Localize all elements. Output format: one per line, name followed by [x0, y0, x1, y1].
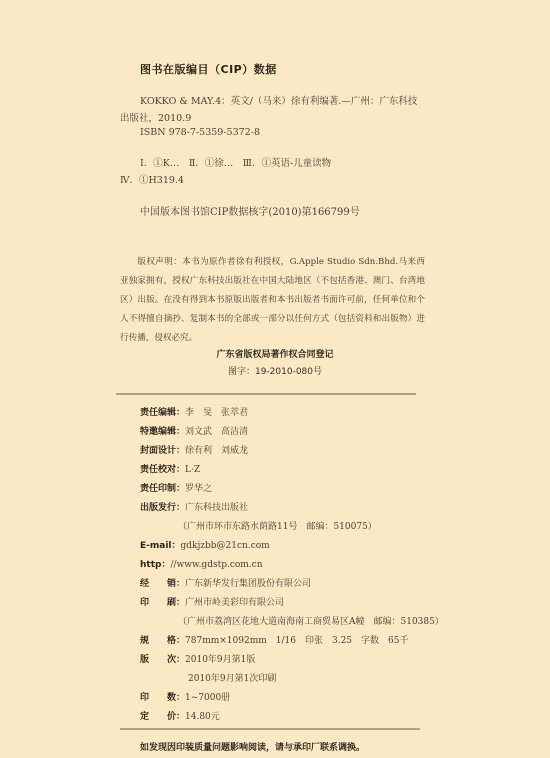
cip-isbn: ISBN 978-7-5359-5372-8 — [140, 127, 260, 138]
footer-note: 如发现因印装质量问题影响阅读，请与承印厂联系调换。 — [140, 740, 365, 753]
registration-line-2: 图字：19-2010-080号 — [0, 364, 550, 377]
credit-row: 责任编辑：李 旻 张萃君 — [140, 405, 248, 418]
registration-line-1: 广东省版权局著作权合同登记 — [0, 347, 550, 360]
cip-heading: 图书在版编目（CIP）数据 — [140, 61, 277, 77]
email-row: E-mail：gdkjzbb@21cn.com — [140, 538, 270, 551]
print-run-row: 印 数：1~7000册 — [140, 690, 230, 703]
website-link[interactable]: //www.gdstp.com.cn — [170, 560, 262, 570]
copyright-notice: 版权声明：本书为原作者徐有利授权，G.Apple Studio Sdn.Bhd.… — [120, 253, 425, 348]
price-row: 定 价：14.80元 — [140, 709, 220, 722]
copyright-notice-text: 版权声明：本书为原作者徐有利授权，G.Apple Studio Sdn.Bhd.… — [120, 257, 425, 343]
cip-line-2: 出版社，2010.9 — [120, 110, 191, 124]
cip-number: 中国版本图书馆CIP数据核字(2010)第166799号 — [140, 203, 360, 218]
credit-row: 责任印制：罗华之 — [140, 481, 212, 494]
cip-classification-1: Ⅰ．①K… Ⅱ．①徐… Ⅲ．①英语-儿童读物 — [140, 155, 331, 169]
publisher-address: （广州市环市东路水荫路11号 邮编：510075） — [178, 519, 377, 532]
credit-row: 特邀编辑：刘文武 高洁清 — [140, 424, 248, 437]
specs-row: 规 格：787mm×1092mm 1/16 印张 3.25 字数 65千 — [140, 633, 408, 646]
cip-classification-2: Ⅳ．①H319.4 — [120, 172, 184, 186]
http-row: http：//www.gdstp.com.cn — [140, 557, 263, 570]
divider-bottom — [120, 728, 420, 730]
printing-row: 印 刷：广州市岭美彩印有限公司 — [140, 595, 284, 608]
printer-address: （广州市荔湾区花地大道南海南工商贸易区A幢 邮编：510385） — [178, 614, 444, 627]
credit-row: 封面设计：徐有利 刘威龙 — [140, 443, 248, 456]
cip-line-1: KOKKO & MAY.4：英文/（马来）徐有利编著.—广州：广东科技 — [140, 93, 417, 107]
edition-row: 版 次：2010年9月第1版 — [140, 652, 255, 665]
credit-row: 责任校对：L·Z — [140, 462, 200, 475]
divider-top — [116, 393, 416, 395]
email-link[interactable]: gdkjzbb@21cn.com — [181, 541, 270, 551]
edition-printing: 2010年9月第1次印刷 — [188, 671, 276, 684]
distribution-row: 经 销：广东新华发行集团股份有限公司 — [140, 576, 311, 589]
credit-row: 出版发行：广东科技出版社 — [140, 500, 248, 513]
